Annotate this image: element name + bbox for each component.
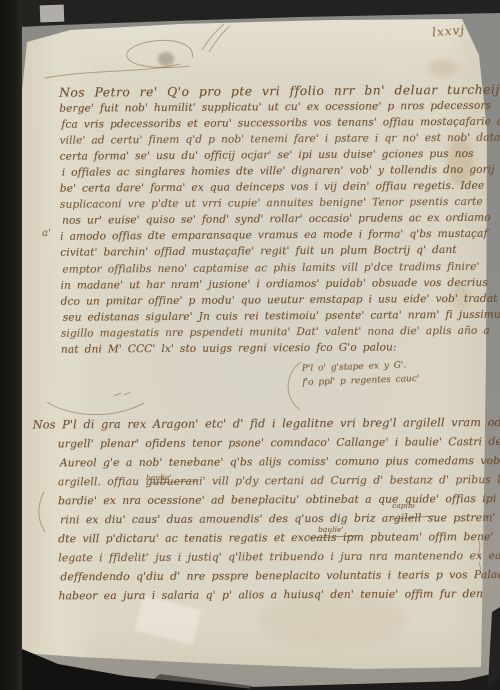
interlinear-correction: capilo: [392, 501, 415, 510]
top-flourish-loop: [127, 40, 193, 67]
manuscript-text-line: sigillo magestatis nre pspendeti munita'…: [61, 322, 500, 341]
manuscript-text-line: Aureol g'e a nob' tenebane' q'bs alijs c…: [60, 451, 500, 473]
margin-paraph: a': [42, 228, 51, 239]
manuscript-text-line: dte vill p'dictaru' ac tenatis regatis e…: [58, 527, 500, 549]
mid-flourish: [47, 402, 144, 415]
signature-paraph: [288, 362, 301, 410]
entry1-text-block: Nos Petro re' Q'o pro pte vri ffolio nrr…: [59, 81, 500, 357]
chancery-signature-block: P'l o' g'stape ex y G'.f'o ppl' p regent…: [302, 359, 420, 390]
manuscript-text-line: deffendendo q'diu d' nre psspre beneplac…: [60, 565, 500, 587]
manuscript-text-line: Nos P'l di gra rex Aragon' etc' d' fid i…: [33, 413, 500, 435]
manuscript-text-line: bardie' ex nra ocessione' ad beneplacitu…: [58, 489, 500, 511]
interlinear-correction: baulie': [318, 525, 343, 534]
manuscript-text-line: suplicaconi vre p'dte ut vrri cupie' ann…: [60, 194, 500, 213]
manuscript-text-line: nat dni M' CCC' lx' sto uuigs regni vice…: [61, 338, 500, 357]
manuscript-text-line: habeor ea jura i salaria q' p' alios a h…: [58, 584, 500, 606]
manuscript-text-line: ville' ad certu' finem q'd p nob' tenemi…: [59, 129, 500, 148]
mid-flourish-ticks: [114, 392, 130, 396]
book-spine-shadow: [0, 0, 22, 690]
gray-spacer-tab: [40, 5, 65, 23]
manuscript-photo: lxxvj Nos Petro re' Q'o pro pte vri ffol…: [0, 0, 500, 690]
manuscript-text-line: rini ex diu' caus' duas amouendis' des q…: [60, 508, 500, 530]
folio-number: lxxvj: [431, 23, 465, 40]
manuscript-text-line: legate i ffidelit' jus i justiq' q'libet…: [58, 546, 500, 568]
left-margin-bracket: [39, 492, 45, 532]
interlinear-correction: baulie': [146, 473, 171, 482]
top-flourish-stroke: [209, 26, 230, 52]
top-flourish-tail: [45, 64, 180, 78]
entry2-text-block: Nos P'l di gra rex Aragon' etc' d' fid i…: [58, 413, 500, 606]
manuscript-text-line: emptor offialibs neno' captamise ac phis…: [62, 258, 500, 277]
manuscript-text-line: argilell. offiau gubuerani' vill p'dy ce…: [58, 470, 500, 492]
manuscript-text-line: urgell' plenar' ofidens tenor psone' com…: [58, 432, 500, 454]
